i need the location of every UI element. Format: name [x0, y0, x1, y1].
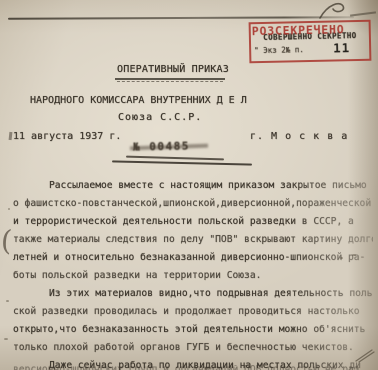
- paper-speck: [4, 338, 8, 340]
- union-line: Союза С.С.Р.: [118, 112, 202, 123]
- copy-number-label: " Экз 2№ п.: [254, 45, 304, 55]
- order-city: г. М о с к в а: [250, 131, 348, 142]
- order-body: Рассылаемое вместе с настоящим приказом …: [13, 177, 373, 370]
- body-line: летней и относительно безнаказанной диве…: [13, 249, 373, 267]
- title-underline: [115, 78, 225, 80]
- margin-paren-mark: (: [0, 224, 13, 258]
- body-line: боты польской разведки на территории Сою…: [13, 267, 373, 285]
- declassified-label: РОЗСЕКРЕЧЕНО: [252, 22, 345, 38]
- body-line: открыто,что безнаказанность этой деятель…: [13, 321, 373, 339]
- scanned-order-page: СОВЕРШЕННО СЕКРЕТНО РОЗСЕКРЕЧЕНО " Экз 2…: [0, 0, 378, 370]
- title-underline-dashed: [117, 81, 223, 82]
- order-title: ОПЕРАТИВНЫЙ ПРИКАЗ: [117, 64, 229, 75]
- ink-tick-mark: [9, 132, 13, 140]
- underline-stroke-short: [126, 156, 224, 161]
- order-date: 11 августа 1937 г.: [13, 131, 121, 142]
- paper-speck: [6, 300, 9, 302]
- body-line-cutoff: версионно-шпионских групп и организаций …: [13, 365, 373, 370]
- paragraph-1: Рассылаемое вместе с настоящим приказом …: [13, 177, 373, 285]
- body-line: о фашистско-повстанческой,шпионской,диве…: [13, 195, 373, 213]
- body-line: только плохой работой органов ГУГБ и бес…: [13, 339, 373, 357]
- body-line: Рассылаемое вместе с настоящим приказом …: [13, 177, 373, 195]
- underline-stroke-long: [112, 160, 252, 166]
- handwritten-pencil-stroke: [354, 347, 376, 363]
- declassified-stamp: СОВЕРШЕННО СЕКРЕТНО РОЗСЕКРЕЧЕНО " Экз 2…: [249, 20, 372, 64]
- page-top-rule: [8, 16, 354, 20]
- commissar-line: НАРОДНОГО КОМИССАРА ВНУТРЕННИХ Д Е Л: [30, 95, 247, 106]
- body-line: и террористической деятельности польской…: [13, 213, 373, 231]
- paragraph-2: Из этих материалов видно,что подрывная д…: [13, 285, 373, 357]
- copy-number-value: 11: [333, 40, 350, 55]
- paper-speck: [8, 208, 10, 210]
- body-line: также материалы следствия по делу "ПОВ" …: [13, 231, 373, 249]
- body-line: Из этих материалов видно,что подрывная д…: [13, 285, 373, 303]
- body-line: ской разведки проводилась и продолжает п…: [13, 303, 373, 321]
